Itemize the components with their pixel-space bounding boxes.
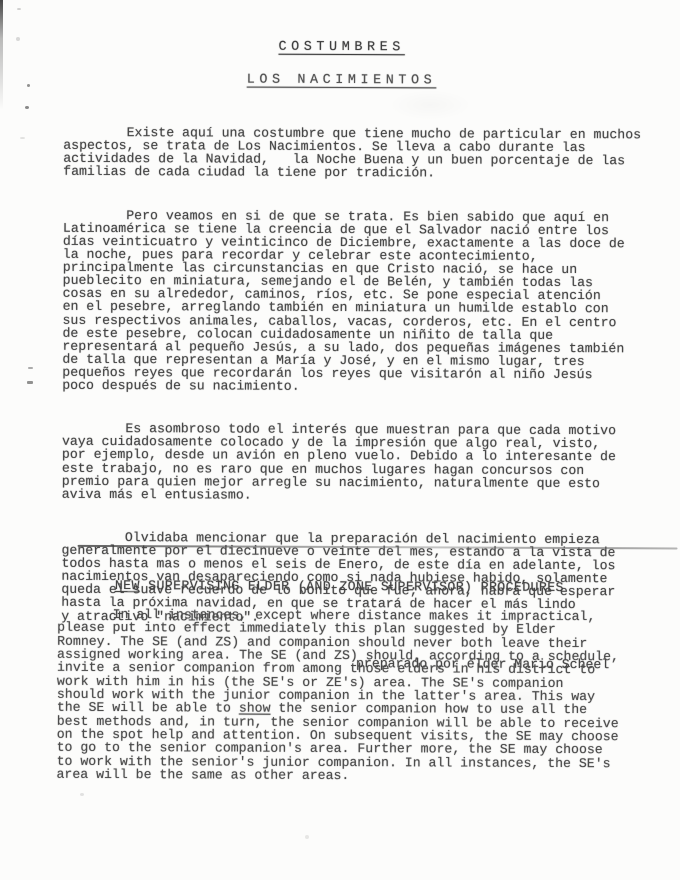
paragraph-1: Existe aquí una costumbre que tiene much… (63, 126, 663, 181)
paragraph-3: Es asombroso todo el interés que muestra… (62, 422, 662, 503)
scanned-document-page: COSTUMBRES LOS NACIMIENTOS Existe aquí u… (0, 0, 680, 880)
heading-rest: SUPERVISING ELDER (AND ZONE SUPERVISOR) … (140, 578, 564, 595)
section2-heading: NEW SUPERVISING ELDER (AND ZONE SUPERVIS… (0, 578, 679, 596)
heading-underlined-word: NEW (115, 578, 140, 593)
paragraph-2: Pero veamos en si de que se trata. Es bi… (62, 209, 663, 395)
section2-body: In all instances, except where distance … (57, 608, 663, 784)
page-content: COSTUMBRES LOS NACIMIENTOS Existe aquí u… (0, 0, 680, 880)
section1-title: COSTUMBRES (2, 39, 680, 57)
paragraph-text-after: the senior companion how to use all the … (57, 701, 619, 783)
paragraph-text-before: In all instances, except where distance … (57, 607, 619, 716)
section1-subtitle: LOS NACIMIENTOS (2, 72, 680, 90)
